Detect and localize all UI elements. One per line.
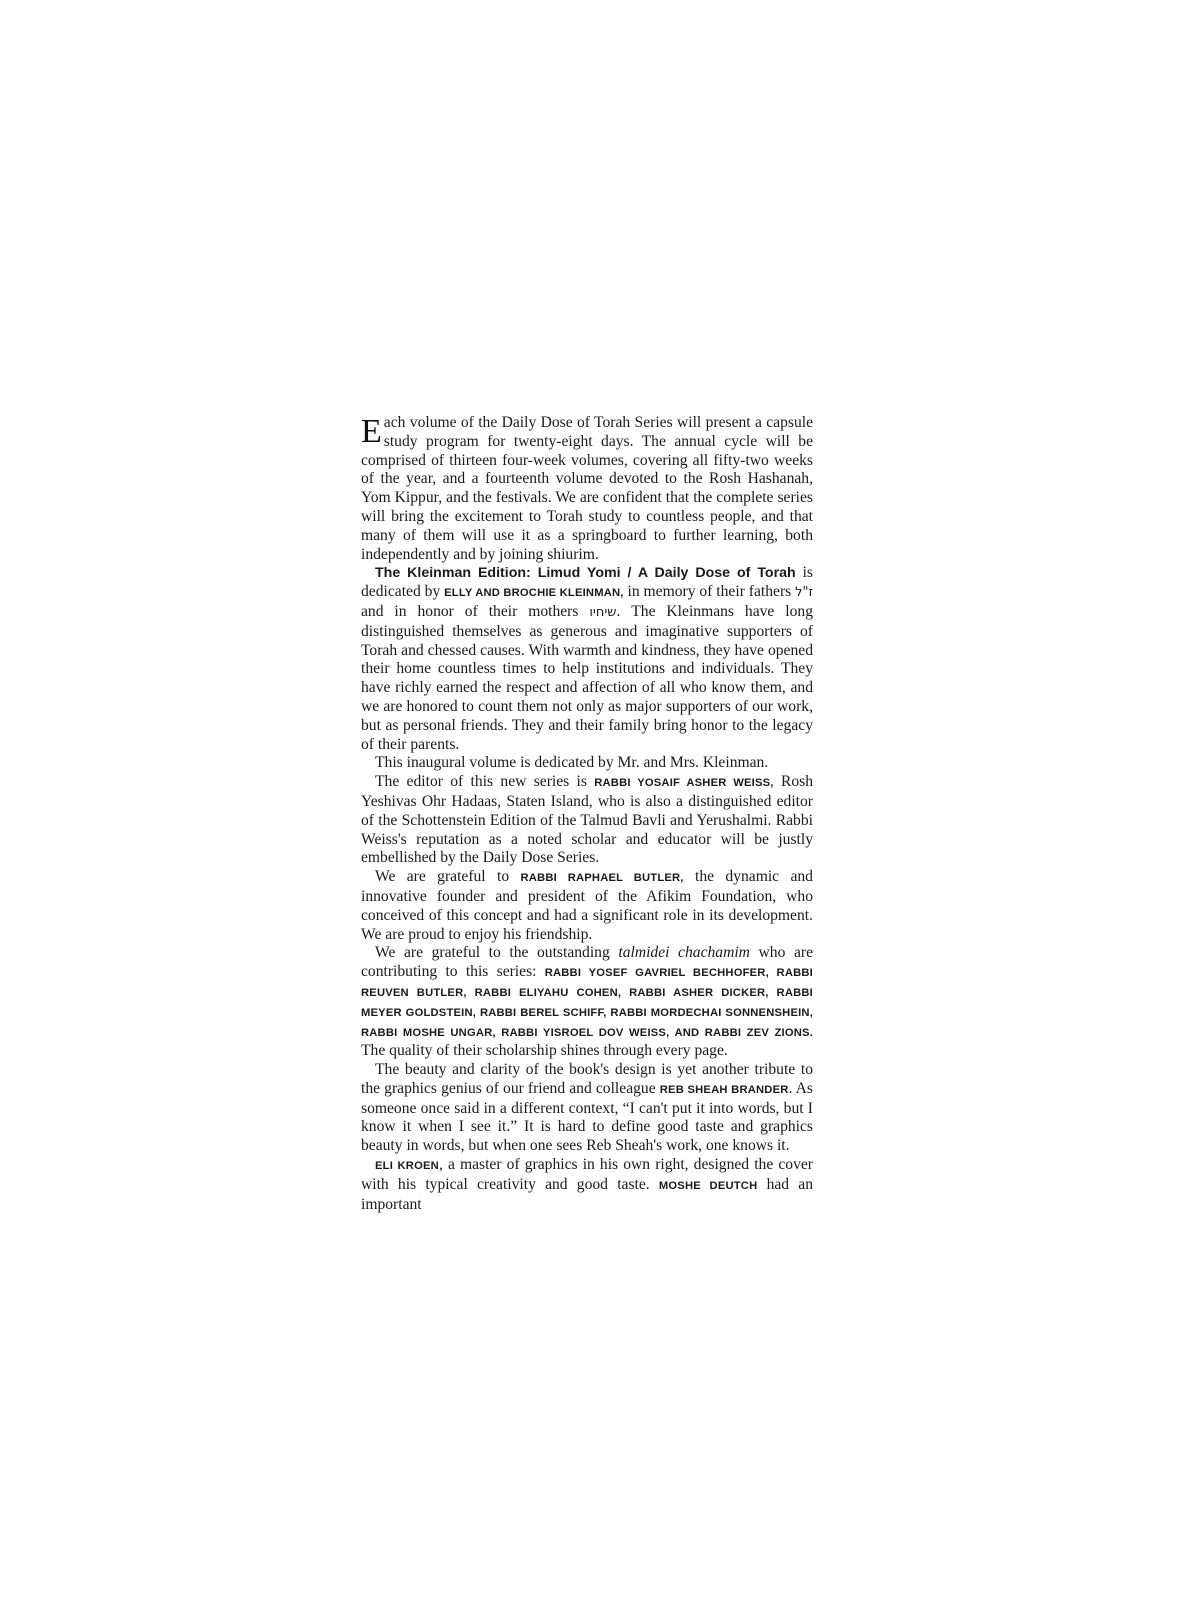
designer-name: REB SHEAH BRANDER bbox=[660, 1084, 789, 1096]
cover-designer-name: ELI KROEN bbox=[375, 1160, 439, 1172]
founder-name: RABBI RAPHAEL BUTLER, bbox=[521, 872, 684, 884]
body-text: Each volume of the Daily Dose of Torah S… bbox=[361, 414, 813, 1214]
text-run: We are grateful to bbox=[375, 868, 521, 885]
edition-title: The Kleinman Edition: Limud Yomi / A Dai… bbox=[375, 565, 796, 581]
hebrew-abbreviation: שיחיו bbox=[589, 605, 616, 620]
text-run: We are grateful to the outstanding bbox=[375, 944, 618, 961]
paragraph-editor: The editor of this new series is RABBI Y… bbox=[361, 773, 813, 868]
editor-name: RABBI YOSAIF ASHER WEISS, bbox=[594, 777, 773, 789]
paragraph-contributors: We are grateful to the outstanding talmi… bbox=[361, 944, 813, 1061]
paragraph-inaugural: This inaugural volume is dedicated by Mr… bbox=[361, 754, 813, 773]
book-page: Each volume of the Daily Dose of Torah S… bbox=[0, 0, 1200, 1600]
paragraph-series-intro: Each volume of the Daily Dose of Torah S… bbox=[361, 414, 813, 564]
donor-names: ELLY AND BROCHIE KLEINMAN, bbox=[444, 587, 623, 599]
text-run: . The Kleinmans have long distinguished … bbox=[361, 603, 813, 753]
paragraph-dedication: The Kleinman Edition: Limud Yomi / A Dai… bbox=[361, 564, 813, 754]
hebrew-abbreviation: ז"ל bbox=[795, 585, 813, 600]
paragraph-cover: ELI KROEN, a master of graphics in his o… bbox=[361, 1156, 813, 1214]
text-run: This inaugural volume is dedicated by Mr… bbox=[375, 754, 768, 771]
paragraph-founder: We are grateful to RABBI RAPHAEL BUTLER,… bbox=[361, 868, 813, 944]
text-run: in memory of their fathers bbox=[624, 583, 796, 600]
text-run: The quality of their scholarship shines … bbox=[361, 1042, 728, 1059]
paragraph-text: ach volume of the Daily Dose of Torah Se… bbox=[361, 414, 813, 563]
paragraph-design: The beauty and clarity of the book's des… bbox=[361, 1061, 813, 1156]
drop-cap: E bbox=[361, 418, 382, 446]
contributor-name: MOSHE DEUTCH bbox=[659, 1180, 757, 1192]
text-run: The editor of this new series is bbox=[375, 773, 594, 790]
text-run: and in honor of their mothers bbox=[361, 603, 589, 620]
italic-term: talmidei chachamim bbox=[618, 944, 750, 961]
